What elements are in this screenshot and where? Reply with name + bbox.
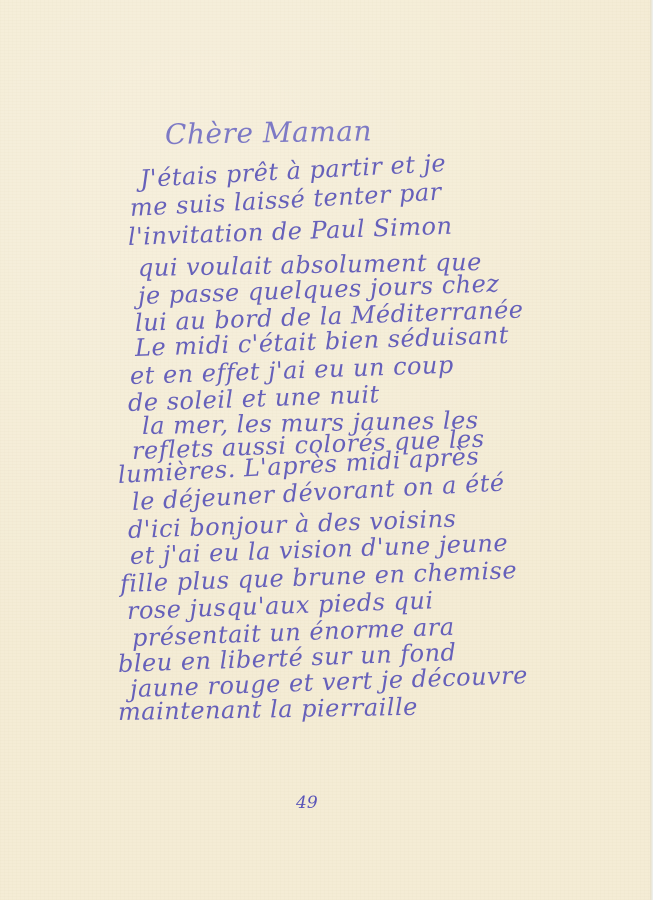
letter-line: maintenant la pierraille [118,693,418,726]
page-number: 49 [296,793,318,813]
letter-page: Chère Maman J'étais prêt à partir et je … [0,0,653,900]
letter-salutation: Chère Maman [165,114,373,151]
